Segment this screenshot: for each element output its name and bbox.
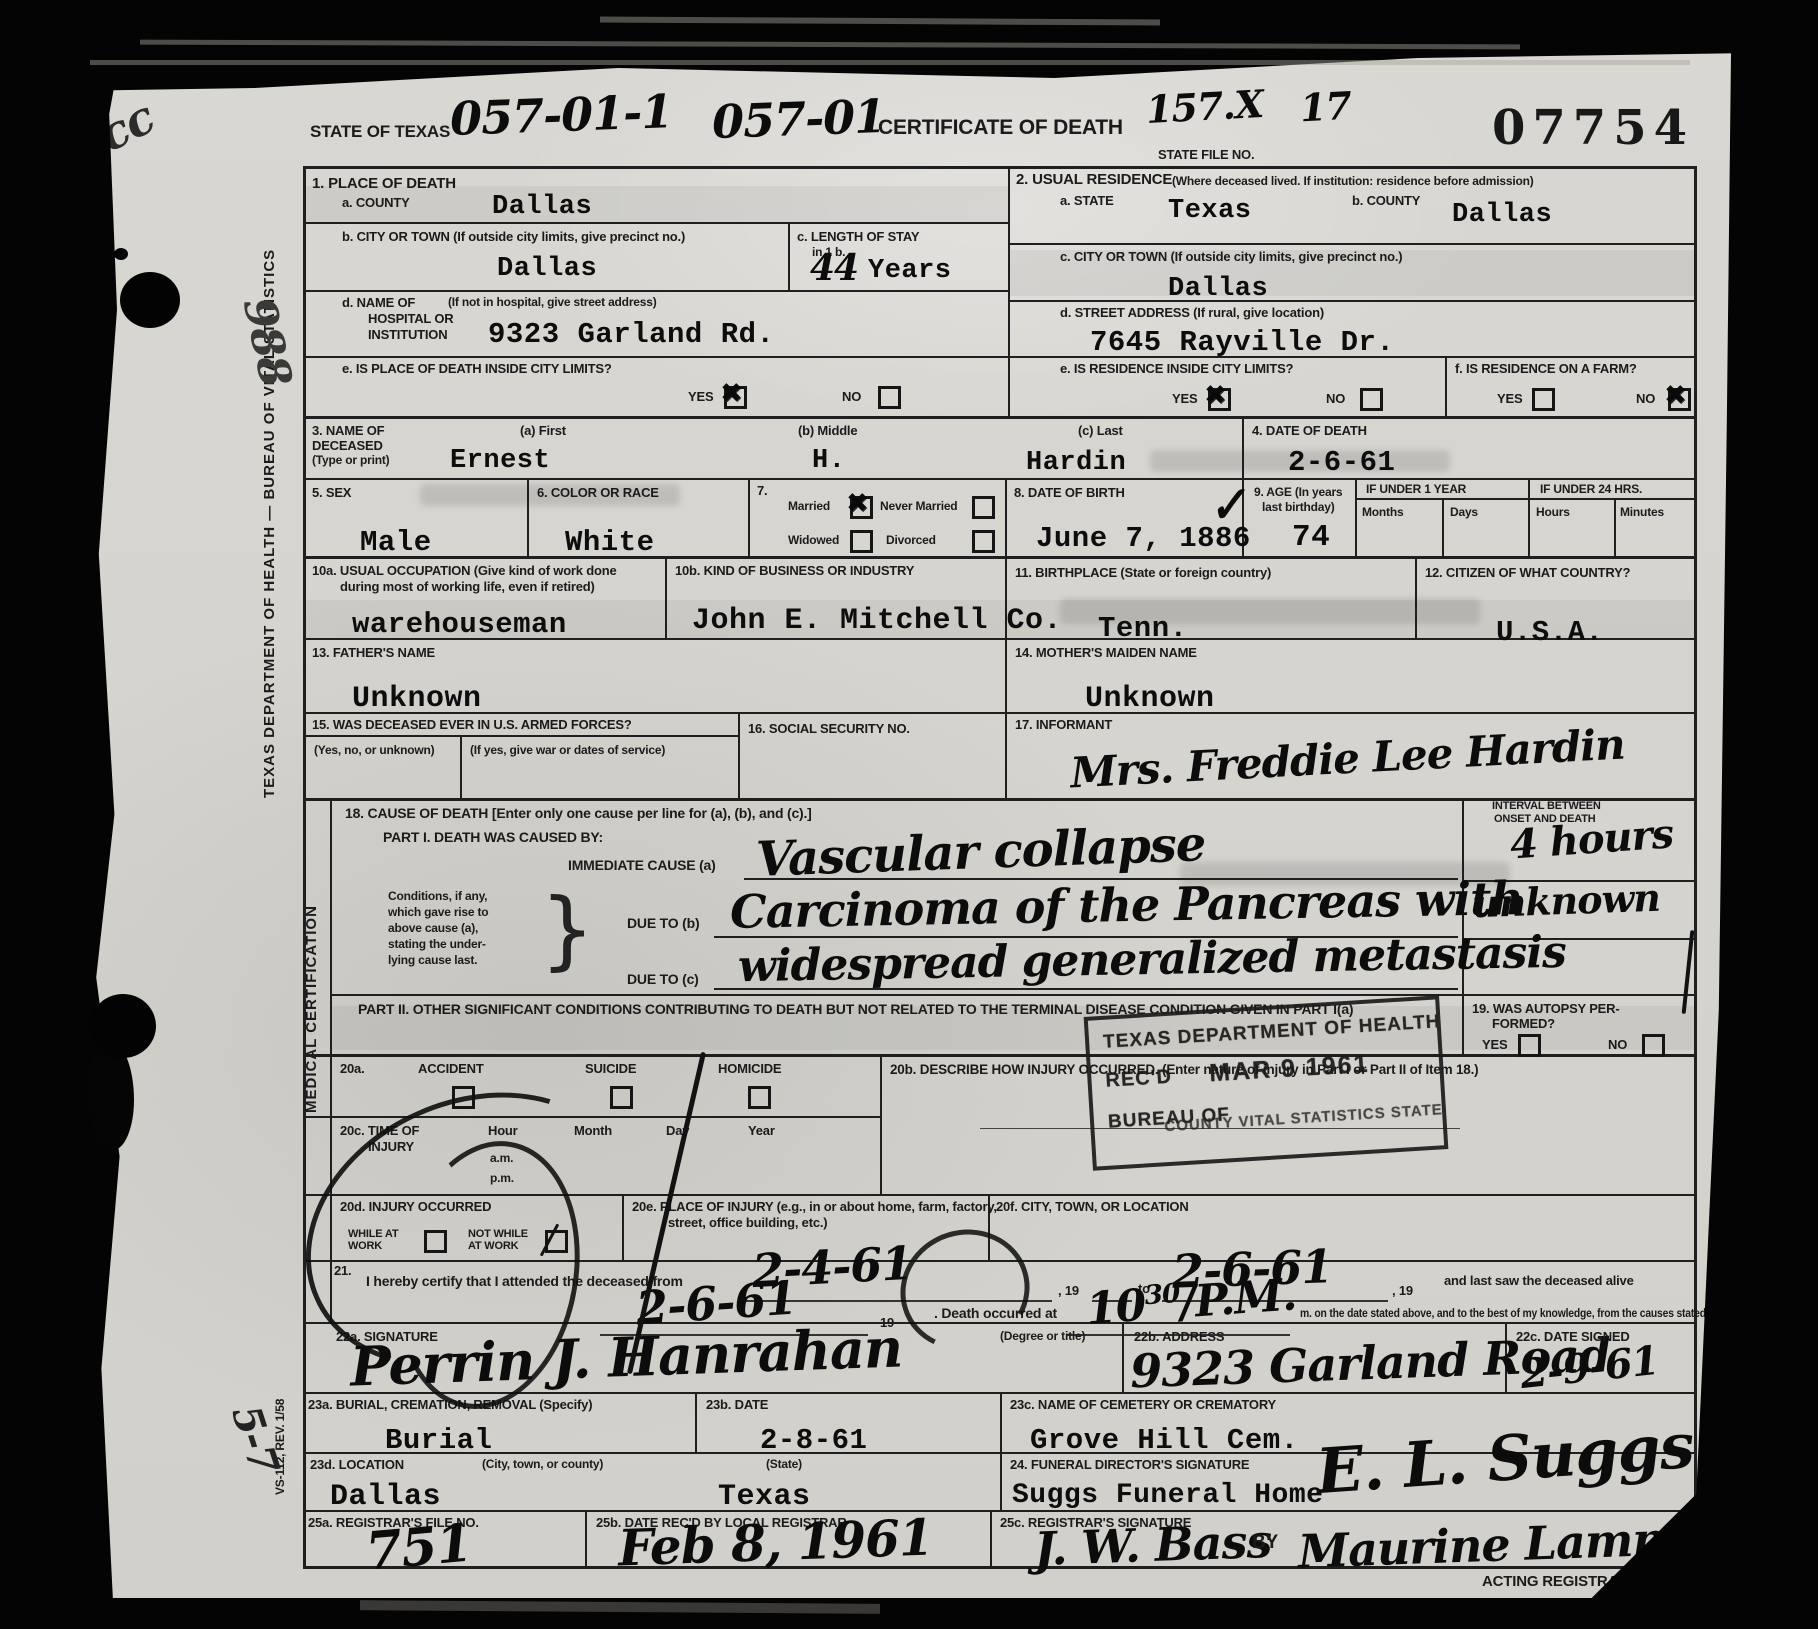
age-checkmark: ✓ — [1205, 480, 1249, 531]
20e-label-1: 20e. PLACE OF INJURY (e.g., in or about … — [632, 1200, 997, 1215]
death-time-ampm: /P.M. — [1178, 1269, 1297, 1328]
cause-a-handwriting: Vascular collapse — [755, 820, 1206, 884]
father-name-label: 13. FATHER'S NAME — [312, 646, 435, 661]
row-border — [303, 556, 1694, 559]
business-label: 10b. KIND OF BUSINESS OR INDUSTRY — [675, 564, 914, 579]
col-divider — [1122, 1322, 1124, 1392]
col-divider — [695, 1392, 697, 1452]
middle-name-value: H. — [812, 448, 845, 475]
stacked-page-edge — [90, 60, 1690, 65]
armed-forces-label: 15. WAS DECEASED EVER IN U.S. ARMED FORC… — [312, 718, 632, 733]
residence-state-value: Texas — [1168, 198, 1252, 225]
interval-a-handwriting: 4 hours — [1509, 814, 1675, 865]
due-to-b-label: DUE TO (b) — [627, 916, 699, 932]
cell-line — [1008, 300, 1694, 302]
months-label: Months — [1362, 506, 1403, 519]
year-19-label-1: , 19 — [1058, 1284, 1079, 1299]
col-divider — [1415, 556, 1417, 638]
farm-yes-checkbox — [1532, 388, 1555, 411]
stamp-line-1: TEXAS DEPARTMENT OF HEALTH — [1103, 1011, 1441, 1054]
conditions-note-5: lying cause last. — [388, 954, 477, 967]
stamp-recd: REC'D — [1105, 1066, 1173, 1093]
hospital-label-3: INSTITUTION — [368, 328, 447, 343]
county-label: a. COUNTY — [342, 196, 410, 211]
homicide-checkbox — [748, 1086, 771, 1109]
color-race-value: White — [565, 528, 655, 557]
usual-residence-note: (Where deceased lived. If institution: r… — [1172, 175, 1534, 188]
conditions-note-2: which gave rise to — [388, 906, 488, 919]
marital-label: 7. — [757, 484, 767, 499]
punch-hole — [90, 994, 156, 1058]
conditions-note-1: Conditions, if any, — [388, 890, 487, 903]
year-label: Year — [748, 1124, 775, 1139]
row-border — [303, 1510, 1694, 1512]
row-border — [303, 478, 1694, 480]
interval-b-handwriting: unknown — [1471, 879, 1660, 924]
col-divider — [1005, 638, 1007, 712]
certify-tail-text: m. on the date stated above, and to the … — [1300, 1308, 1709, 1321]
usual-residence-title: 2. USUAL RESIDENCE — [1016, 172, 1172, 189]
residence-farm-label: f. IS RESIDENCE ON A FARM? — [1455, 362, 1637, 377]
days-label: Days — [1450, 506, 1478, 519]
23c-cemetery-label: 23c. NAME OF CEMETERY OR CREMATORY — [1010, 1398, 1276, 1413]
state-of-texas-label: STATE OF TEXAS — [310, 122, 450, 141]
birthplace-label: 11. BIRTHPLACE (State or foreign country… — [1015, 566, 1271, 581]
ssn-label: 16. SOCIAL SECURITY NO. — [748, 722, 910, 737]
last-name-label: (c) Last — [1078, 424, 1123, 439]
residence-limits-no-label: NO — [1326, 392, 1345, 407]
handwritten-code-2: 057-01 — [711, 93, 886, 145]
cell-divider — [460, 735, 462, 798]
cell-line — [303, 735, 738, 737]
location-state-value: Texas — [718, 1482, 811, 1512]
length-of-stay-num: 44 — [810, 250, 858, 286]
col-divider — [1528, 478, 1530, 556]
farm-yes-label: YES — [1497, 392, 1522, 407]
suicide-checkbox — [610, 1086, 633, 1109]
accident-label: ACCIDENT — [418, 1062, 484, 1077]
immediate-cause-label: IMMEDIATE CAUSE (a) — [568, 858, 716, 874]
burial-date-value: 2-8-61 — [760, 1426, 867, 1455]
death-time-minutes: 30 — [1144, 1278, 1181, 1311]
20e-label-2: street, office building, etc.) — [668, 1216, 827, 1231]
registrar-file-no-value: 751 — [364, 1517, 474, 1578]
occupation-label-2: during most of working life, even if ret… — [340, 580, 595, 595]
col-divider — [880, 1054, 882, 1194]
death-city-limits-label: e. IS PLACE OF DEATH INSIDE CITY LIMITS? — [342, 362, 612, 377]
autopsy-yes-checkbox — [1518, 1034, 1541, 1057]
widowed-label: Widowed — [788, 534, 839, 547]
cell-divider — [1445, 356, 1447, 416]
color-race-label: 6. COLOR OR RACE — [537, 486, 659, 501]
never-married-label: Never Married — [880, 500, 957, 513]
hours-label: Hours — [1536, 506, 1570, 519]
deceased-name-note: (Type or print) — [312, 454, 389, 467]
due-to-c-label: DUE TO (c) — [627, 972, 699, 988]
divorced-checkbox — [972, 530, 995, 553]
punch-hole-dot — [114, 248, 128, 260]
death-limits-no-checkbox — [878, 386, 901, 409]
death-time-hour: 10 — [1084, 1280, 1147, 1335]
cell-line — [303, 356, 1008, 358]
autopsy-no-label: NO — [1608, 1038, 1627, 1053]
divorced-label: Divorced — [886, 534, 936, 547]
punch-hole — [120, 272, 180, 328]
cause-b-handwriting: Carcinoma of the Pancreas with — [730, 875, 1523, 935]
armed-forces-note-2: (If yes, give war or dates of service) — [470, 744, 665, 757]
location-city-value: Dallas — [330, 1482, 441, 1512]
business-value: John E. Mitchell Co. — [692, 606, 1062, 636]
never-married-checkbox — [972, 496, 995, 519]
cemetery-value: Grove Hill Cem. — [1030, 1426, 1299, 1455]
cell-line — [1355, 498, 1694, 500]
residence-limits-yes-label: YES — [1172, 392, 1197, 407]
sex-label: 5. SEX — [312, 486, 351, 501]
col-divider — [1005, 712, 1007, 798]
hospital-label-2: HOSPITAL OR — [368, 312, 453, 327]
23d-location-label: 23d. LOCATION — [310, 1458, 404, 1473]
row-border — [303, 416, 1694, 419]
checked-mark-icon: ✖ — [846, 490, 869, 517]
mother-name-label: 14. MOTHER'S MAIDEN NAME — [1015, 646, 1197, 661]
residence-state-label: a. STATE — [1060, 194, 1114, 209]
col-divider — [527, 478, 529, 556]
certificate-number: 07754 — [1492, 100, 1694, 156]
registrar-signature: J. W. Bass — [1033, 1518, 1272, 1572]
handwritten-file-b: 17 — [1299, 87, 1352, 128]
col-divider — [585, 1510, 587, 1568]
deceased-name-label-1: 3. NAME OF — [312, 424, 384, 439]
cell-divider — [1442, 498, 1444, 556]
scanned-death-certificate: TEXAS DEPARTMENT OF HEALTH — BUREAU OF V… — [0, 0, 1818, 1629]
checked-mark-icon: ✖ — [1204, 382, 1227, 409]
col-divider — [738, 712, 740, 798]
conditions-note-4: stating the under- — [388, 938, 486, 951]
residence-city-value: Dallas — [1168, 276, 1268, 303]
cell-line — [303, 222, 1008, 224]
conditions-brace: } — [540, 880, 595, 980]
col-divider — [748, 478, 750, 556]
married-label: Married — [788, 500, 830, 513]
hospital-value: 9323 Garland Rd. — [488, 320, 774, 349]
street-address-label: d. STREET ADDRESS (If rural, give locati… — [1060, 306, 1324, 321]
city-value: Dallas — [497, 256, 597, 283]
occupation-value: warehouseman — [352, 610, 567, 639]
bottom-black-edge — [0, 1598, 1818, 1629]
part1-label: PART I. DEATH WAS CAUSED BY: — [383, 830, 603, 846]
conditions-note-3: above cause (a), — [388, 922, 478, 935]
mother-name-value: Unknown — [1085, 684, 1215, 714]
citizen-label: 12. CITIZEN OF WHAT COUNTRY? — [1425, 566, 1630, 581]
first-name-value: Ernest — [450, 448, 550, 475]
row-border — [303, 1054, 1694, 1057]
by-label: BY — [1252, 1532, 1278, 1553]
date-of-death-value: 2-6-61 — [1288, 448, 1395, 477]
col-divider — [1355, 478, 1357, 556]
city-label: b. CITY OR TOWN (If outside city limits,… — [342, 230, 685, 245]
under-1-year-label: IF UNDER 1 YEAR — [1366, 483, 1466, 496]
year-19-label-2: , 19 — [1392, 1284, 1413, 1299]
death-limits-no-label: NO — [842, 390, 861, 405]
age-label-1: 9. AGE (In years — [1254, 486, 1342, 499]
cause-of-death-title: 18. CAUSE OF DEATH [Enter only one cause… — [345, 806, 812, 822]
20f-label: 20f. CITY, TOWN, OR LOCATION — [996, 1200, 1189, 1215]
autopsy-label-1: 19. WAS AUTOPSY PER- — [1472, 1002, 1619, 1017]
col-divider — [1242, 416, 1244, 478]
col-divider — [1000, 1452, 1002, 1510]
hospital-note: (If not in hospital, give street address… — [448, 296, 657, 309]
cell-divider — [788, 222, 790, 290]
residence-limits-no-checkbox — [1360, 388, 1383, 411]
checked-mark-icon: ✖ — [1664, 382, 1687, 409]
col-divider — [1005, 478, 1007, 556]
col-divider — [1008, 166, 1010, 416]
occupation-label-1: 10a. USUAL OCCUPATION (Give kind of work… — [312, 564, 617, 579]
cell-divider — [1614, 498, 1616, 556]
deceased-name-label-2: DECEASED — [312, 439, 383, 454]
residence-city-label: c. CITY OR TOWN (If outside city limits,… — [1060, 250, 1402, 265]
certificate-title: CERTIFICATE OF DEATH — [878, 116, 1123, 140]
form-border-left — [303, 166, 306, 1568]
col-divider — [990, 1510, 992, 1568]
received-stamp: TEXAS DEPARTMENT OF HEALTH REC'D MAR 9 1… — [1084, 995, 1449, 1170]
last-alive-text: and last saw the deceased alive — [1444, 1274, 1634, 1289]
form-border-right — [1694, 166, 1697, 1568]
row-border — [330, 994, 1694, 996]
length-of-stay-label: c. LENGTH OF STAY — [797, 230, 919, 245]
farm-no-label: NO — [1636, 392, 1655, 407]
autopsy-yes-label: YES — [1482, 1038, 1507, 1053]
stamp-date: MAR 9 1961 — [1208, 1050, 1370, 1089]
street-address-value: 7645 Rayville Dr. — [1090, 328, 1394, 357]
place-of-death-title: 1. PLACE OF DEATH — [312, 176, 456, 193]
autopsy-label-2: FORMED? — [1492, 1017, 1555, 1032]
residence-county-value: Dallas — [1452, 202, 1552, 229]
county-value: Dallas — [492, 194, 592, 221]
informant-label: 17. INFORMANT — [1015, 718, 1112, 733]
sex-value: Male — [360, 528, 432, 557]
row-border — [303, 798, 1694, 801]
armed-forces-note-1: (Yes, no, or unknown) — [314, 744, 434, 757]
citizen-value: U.S.A. — [1496, 618, 1603, 647]
form-border-top — [303, 166, 1697, 169]
date-of-birth-label: 8. DATE OF BIRTH — [1014, 486, 1125, 501]
minutes-label: Minutes — [1620, 506, 1664, 519]
residence-city-limits-label: e. IS RESIDENCE INSIDE CITY LIMITS? — [1060, 362, 1293, 377]
col-divider — [665, 556, 667, 638]
date-of-death-label: 4. DATE OF DEATH — [1252, 424, 1367, 439]
24-funeral-director-label: 24. FUNERAL DIRECTOR'S SIGNATURE — [1010, 1458, 1249, 1473]
vertical-medical-certification-text: MEDICAL CERTIFICATION — [304, 845, 321, 1113]
deputy-registrar-signature: Maurine Lamm — [1297, 1515, 1680, 1574]
checked-mark-icon: ✖ — [720, 380, 743, 407]
length-of-stay-unit: Years — [868, 258, 952, 285]
burial-value: Burial — [385, 1426, 492, 1455]
handwritten-code-1: 057-01-1 — [449, 88, 673, 142]
row-border — [303, 1116, 880, 1118]
cell-line — [303, 290, 1008, 292]
handwritten-file-a: 157.X — [1145, 85, 1264, 129]
funeral-home-value: Suggs Funeral Home — [1012, 1482, 1323, 1510]
death-limits-yes-label: YES — [688, 390, 713, 405]
age-label-2: last birthday) — [1262, 501, 1335, 514]
col-divider — [1000, 1392, 1002, 1452]
first-name-label: (a) First — [520, 424, 566, 439]
degree-title-label: (Degree or title) — [1000, 1330, 1085, 1343]
row-border — [303, 712, 1694, 714]
birthplace-value: Tenn. — [1098, 614, 1188, 643]
homicide-label: HOMICIDE — [718, 1062, 781, 1077]
location-state-note: (State) — [766, 1458, 802, 1471]
vertical-agency-text: TEXAS DEPARTMENT OF HEALTH — BUREAU OF V… — [262, 158, 279, 798]
state-file-no-label: STATE FILE NO. — [1158, 148, 1254, 163]
widowed-checkbox — [850, 530, 873, 553]
autopsy-no-checkbox — [1642, 1034, 1665, 1057]
age-value: 74 — [1292, 522, 1330, 553]
under-24-hrs-label: IF UNDER 24 HRS. — [1540, 483, 1642, 496]
interval-header-1: INTERVAL BETWEEN — [1492, 800, 1601, 812]
20a-label: 20a. — [340, 1062, 365, 1077]
cell-line — [1008, 243, 1694, 245]
last-name-value: Hardin — [1026, 450, 1126, 477]
23b-date-label: 23b. DATE — [706, 1398, 768, 1413]
father-name-value: Unknown — [352, 684, 482, 714]
suicide-label: SUICIDE — [585, 1062, 636, 1077]
location-city-note: (City, town, or county) — [482, 1458, 603, 1471]
residence-county-label: b. COUNTY — [1352, 194, 1420, 209]
date-received-value: Feb 8, 1961 — [617, 1513, 933, 1574]
hospital-label-1: d. NAME OF — [342, 296, 415, 311]
middle-name-label: (b) Middle — [798, 424, 857, 439]
